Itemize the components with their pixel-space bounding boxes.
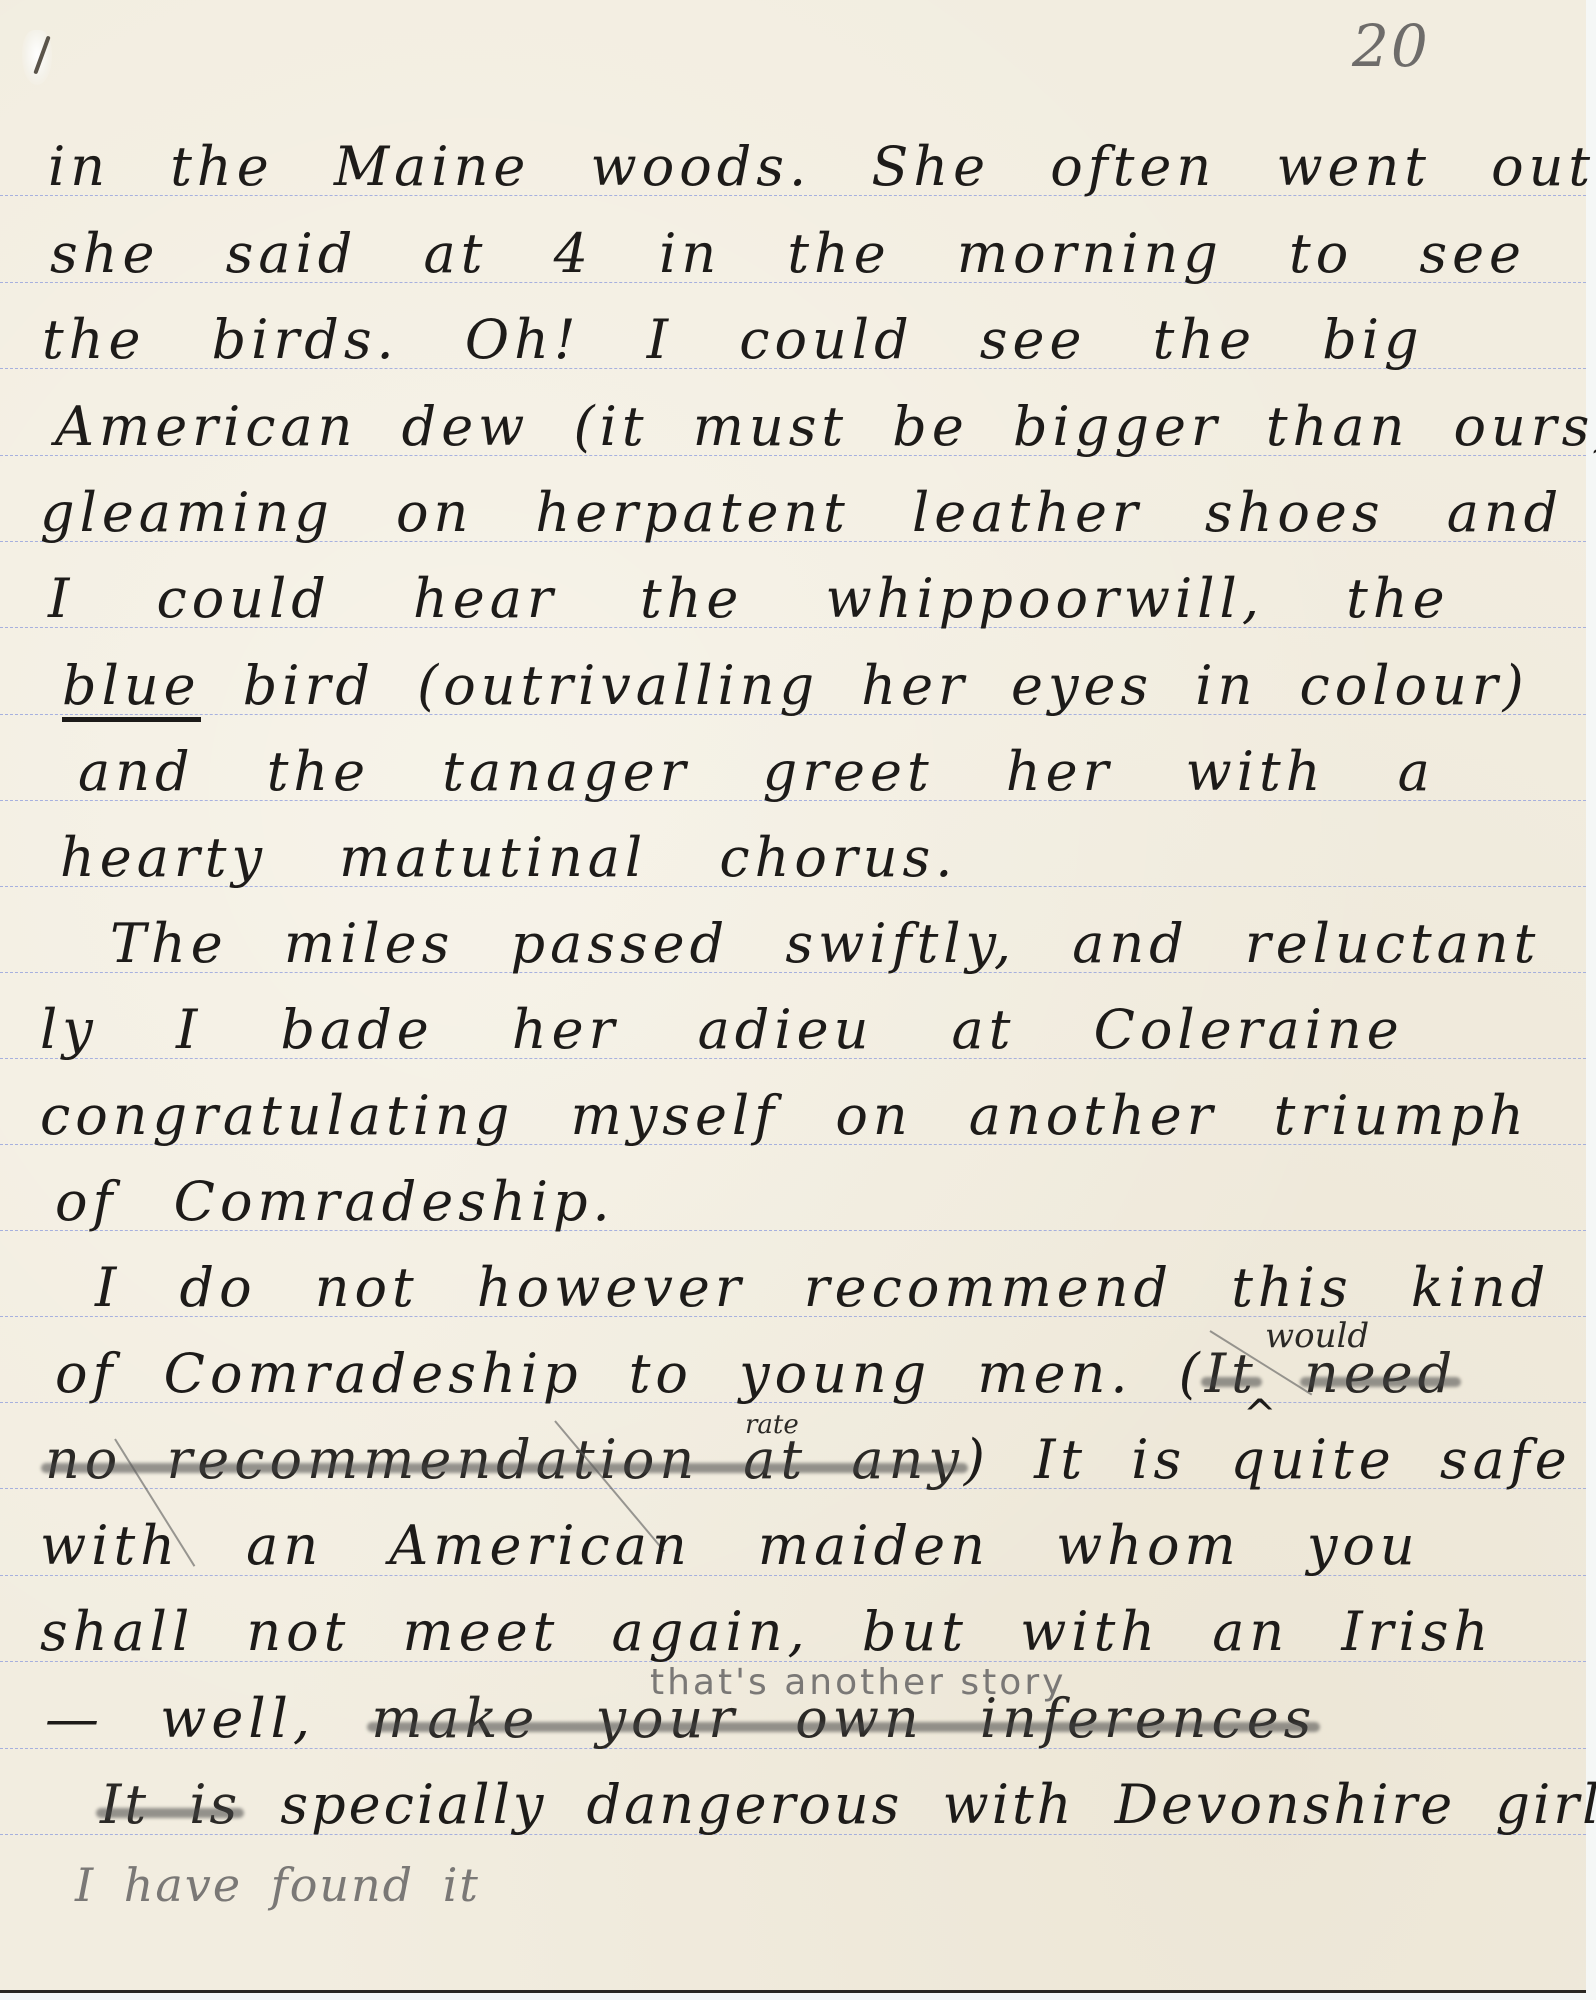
struck-text: no recommendation at any	[45, 1428, 964, 1491]
pencil-insert: that's another story	[650, 1662, 1066, 1703]
text-line-6: I could hear the whippoorwill, the	[48, 572, 1450, 626]
text-line-12: congratulating myself on another triumph	[40, 1089, 1529, 1143]
inserted-word: would	[1265, 1316, 1369, 1356]
text-line-2: she said at 4 in the morning to see	[50, 227, 1526, 281]
text-line-8: and the tanager greet her with a	[78, 745, 1435, 799]
text-line-9: hearty matutinal chorus.	[60, 831, 957, 885]
text-line-3: the birds. Oh! I could see the big	[42, 313, 1424, 367]
text-line-20: It is specially dangerous with Devonshir…	[100, 1778, 1596, 1832]
text-line-7: blue bird (outrivalling her eyes in colo…	[62, 659, 1529, 713]
text-line-4: American dew (it must be bigger than our…	[55, 400, 1596, 454]
page-number: 20	[1352, 12, 1430, 80]
text-line-10: The miles passed swiftly, and reluctant	[110, 917, 1540, 971]
underlined-word: blue	[62, 654, 201, 722]
text-line-1: in the Maine woods. She often went out	[48, 140, 1595, 194]
text-line-16: no recommendation at any) It is quite sa…	[45, 1433, 1572, 1487]
text-line-18: shall not meet again, but with an Irish	[40, 1605, 1493, 1659]
notebook-page: 20 in the Maine woods. She often went ou…	[0, 0, 1586, 1993]
inserted-word: rate	[745, 1410, 799, 1440]
text-line-5: gleaming on herpatent leather shoes and	[40, 486, 1563, 540]
text-line-11: ly I bade her adieu at Coleraine	[40, 1003, 1404, 1057]
struck-text: It is	[100, 1773, 240, 1836]
text-line-13: of Comradeship.	[55, 1175, 615, 1229]
text-line-17: with an American maiden whom you	[40, 1519, 1420, 1573]
pencil-note: I have found it	[75, 1862, 480, 1908]
text-line-14: I do not however recommend this kind	[95, 1261, 1550, 1315]
